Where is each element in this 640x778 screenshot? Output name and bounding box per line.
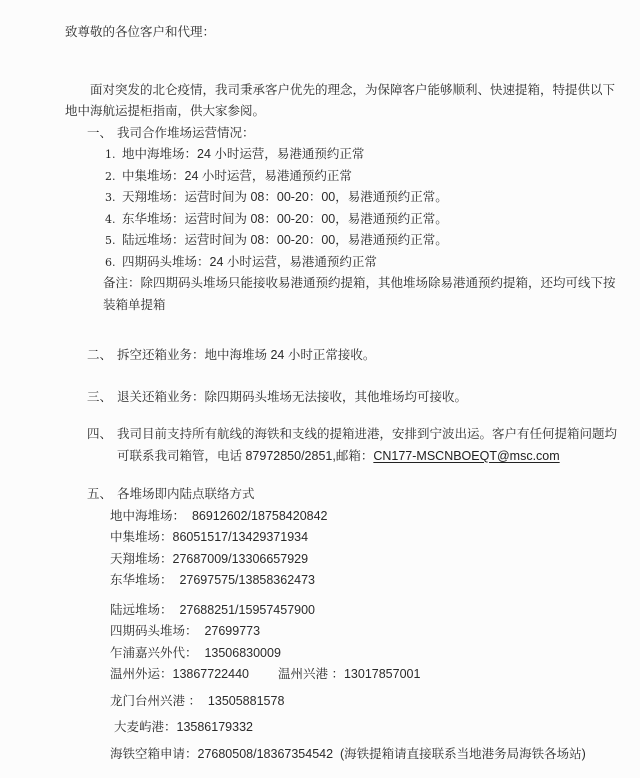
yard-list-item: 6. 四期码头堆场：24 小时运营，易港通预约正常 [105, 252, 620, 274]
section-three-marker: 三、 [87, 387, 117, 409]
contact-line: 中集堆场：86051517/13429371934 [110, 527, 620, 549]
section-two: 二、 拆空还箱业务：地中海堆场 24 小时正常接收。 [65, 345, 620, 367]
yard-list-item-text: 四期码头堆场：24 小时运营，易港通预约正常 [122, 252, 377, 274]
contact-line: 四期码头堆场： 27699773 [110, 621, 620, 643]
section-three-text: 退关还箱业务：除四期码头堆场无法接收，其他堆场均可接收。 [117, 387, 620, 409]
section-one-marker: 一、 [87, 123, 117, 145]
section-five-heading: 五、 各堆场即内陆点联络方式 [65, 484, 620, 506]
contact-line: 东华堆场： 27697575/13858362473 [110, 570, 620, 592]
yard-list-item: 1. 地中海堆场：24 小时运营，易港通预约正常 [105, 144, 620, 166]
section-three: 三、 退关还箱业务：除四期码头堆场无法接收，其他堆场均可接收。 [65, 387, 620, 409]
contact-line: 海铁空箱申请：27680508/18367354542 (海铁提箱请直接联系当地… [110, 744, 588, 766]
greeting-line: 致尊敬的各位客户和代理： [65, 22, 620, 44]
contact-line: 大麦屿港：13586179332 [110, 717, 620, 739]
contact-line: 温州外运：13867722440 [110, 664, 278, 686]
section-four-marker: 四、 [87, 424, 117, 446]
yard-status-list: 1. 地中海堆场：24 小时运营，易港通预约正常 2. 中集堆场：24 小时运营… [65, 144, 620, 273]
section-two-text: 拆空还箱业务：地中海堆场 24 小时正常接收。 [117, 345, 620, 367]
contact-group: 陆远堆场： 27688251/15957457900 四期码头堆场： 27699… [110, 600, 620, 665]
section-one-heading: 一、 我司合作堆场运营情况： [65, 123, 620, 145]
contact-line: 龙门台州兴港 ： 13505881578 [110, 691, 620, 713]
yard-list-item-text: 中集堆场：24 小时运营，易港通预约正常 [122, 166, 352, 188]
section-four-text: 我司目前支持所有航线的海铁和支线的提箱进港，安排到宁波出运。客户有任何提箱问题均… [117, 424, 620, 467]
email-link[interactable]: CN177-MSCNBOEQT@msc.com [373, 449, 559, 463]
section-five-title: 各堆场即内陆点联络方式 [117, 484, 620, 506]
yard-list-item-text: 天翔堆场：运营时间为 08：00-20：00，易港通预约正常。 [122, 187, 448, 209]
section-one-title: 我司合作堆场运营情况： [117, 123, 620, 145]
yard-list-item: 2. 中集堆场：24 小时运营，易港通预约正常 [105, 166, 620, 188]
section-four: 四、 我司目前支持所有航线的海铁和支线的提箱进港，安排到宁波出运。客户有任何提箱… [65, 424, 620, 467]
section-two-marker: 二、 [87, 345, 117, 367]
contact-line: 陆远堆场： 27688251/15957457900 [110, 600, 620, 622]
notice-document: 致尊敬的各位客户和代理： 面对突发的北仑疫情，我司秉承客户优先的理念，为保障客户… [0, 0, 640, 778]
yard-list-item-text: 陆远堆场：运营时间为 08：00-20：00，易港通预约正常。 [122, 230, 448, 252]
contact-two-column-row: 温州外运：13867722440 温州兴港 ：13017857001 [110, 664, 620, 686]
contact-line: 乍浦嘉兴外代： 13506830009 [110, 643, 620, 665]
yard-list-item-text: 东华堆场：运营时间为 08：00-20：00，易港通预约正常。 [122, 209, 448, 231]
yard-list-item: 3. 天翔堆场：运营时间为 08：00-20：00，易港通预约正常。 [105, 187, 620, 209]
list-item-number: 3. [105, 187, 122, 209]
contact-line: 温州兴港 ：13017857001 [278, 664, 420, 686]
list-item-number: 4. [105, 209, 122, 231]
section-five-marker: 五、 [87, 484, 117, 506]
list-item-number: 1. [105, 144, 122, 166]
contact-list: 地中海堆场： 86912602/18758420842 中集堆场：8605151… [65, 506, 620, 766]
list-item-number: 6. [105, 252, 122, 274]
contact-line: 地中海堆场： 86912602/18758420842 [110, 506, 620, 528]
list-item-number: 5. [105, 230, 122, 252]
yard-list-item: 4. 东华堆场：运营时间为 08：00-20：00，易港通预约正常。 [105, 209, 620, 231]
contact-line: 天翔堆场：27687009/13306657929 [110, 549, 620, 571]
yard-list-item: 5. 陆远堆场：运营时间为 08：00-20：00，易港通预约正常。 [105, 230, 620, 252]
intro-paragraph: 面对突发的北仑疫情，我司秉承客户优先的理念，为保障客户能够顺利、快速提箱，特提供… [65, 80, 620, 123]
remark-note: 备注：除四期码头堆场只能接收易港通预约提箱，其他堆场除易港通预约提箱，还均可线下… [65, 273, 620, 316]
yard-list-item-text: 地中海堆场：24 小时运营，易港通预约正常 [122, 144, 364, 166]
list-item-number: 2. [105, 166, 122, 188]
